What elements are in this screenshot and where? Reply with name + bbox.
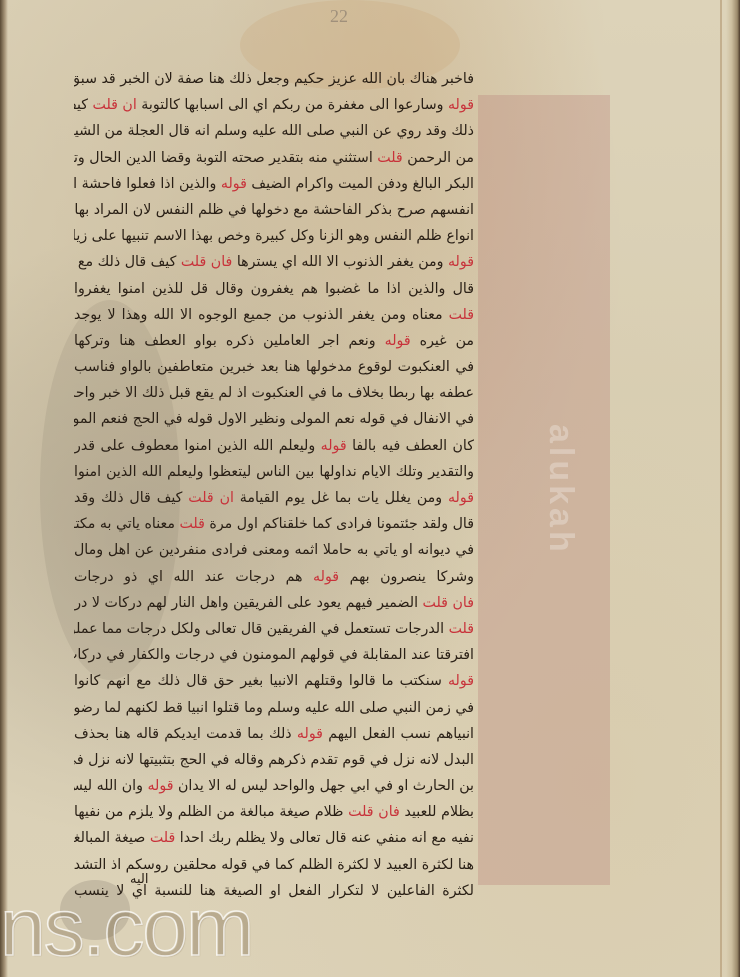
rubric-word: قوله	[297, 726, 323, 742]
text-line: قلت معناه ومن يغفر الذنوب من جميع الوجوه…	[74, 302, 474, 328]
rubric-word: قوله	[321, 438, 347, 454]
text-line: بظلام للعبيد فان قلت ظلام صيغة مبالغة من…	[74, 799, 474, 825]
rubric-word: قلت	[377, 150, 402, 166]
text-line: في زمن النبي صلى الله عليه وسلم وما قتلو…	[74, 695, 474, 721]
text-segment: كيف قال ذلك وقد	[74, 490, 188, 506]
text-segment: قال والذين اذا ما غضبوا هم يغفرون وقال ق…	[74, 281, 474, 297]
page-fold-line	[720, 0, 722, 977]
text-segment: من غيره	[411, 333, 474, 349]
text-line: قوله وسارعوا الى مغفرة من ربكم اي الى اس…	[74, 92, 474, 118]
rubric-word: قوله	[448, 490, 474, 506]
manuscript-text: فاخبر هناك بان الله عزيز حكيم وجعل ذلك ه…	[74, 66, 474, 904]
text-line: قوله سنكتب ما قالوا وقتلهم الانبيا بغير …	[74, 668, 474, 694]
text-segment: الضمير فيهم يعود على الفريقين واهل النار…	[74, 595, 423, 611]
site-watermark: ns.com	[0, 888, 252, 968]
text-line: من الرحمن قلت استثني منه بتقدير صحته الت…	[74, 145, 474, 171]
folio-number: 22	[330, 6, 348, 27]
text-segment: انواع ظلم النفس وهو الزنا وكل كبيرة وخص …	[74, 228, 474, 244]
text-line: ذلك وقد روي عن النبي صلى الله عليه وسلم …	[74, 118, 474, 144]
page-edge-left	[0, 0, 8, 977]
text-segment: افترقتا عند المقابلة في قولهم المومنون ف…	[74, 647, 474, 663]
text-segment: استثني منه بتقدير صحته التوبة وقضا الدين…	[74, 150, 377, 166]
text-segment: في العنكبوت لوقوع مدخولها هنا بعد خبرين …	[74, 359, 474, 375]
rubric-word: قوله	[147, 778, 173, 794]
text-segment: من الرحمن	[403, 150, 474, 166]
text-line: كان العطف فيه بالفا قوله وليعلم الله الذ…	[74, 433, 474, 459]
text-line: في ديوانه او ياتي به حاملا اثمه ومعنى فر…	[74, 537, 474, 563]
text-line: بن الحارث او في ابي جهل والواحد ليس له ا…	[74, 773, 474, 799]
text-segment: البكر البالغ ودفن الميت واكرام الضيف	[247, 176, 474, 192]
text-segment: انبياهم نسب الفعل اليهم	[323, 726, 474, 742]
text-segment: وليعلم الله الذين امنوا معطوف على قدر	[74, 438, 321, 454]
text-segment: بظلام للعبيد	[400, 804, 474, 820]
page-edge-right	[726, 0, 740, 977]
rubric-word: قوله	[385, 333, 411, 349]
text-line: قال ولقد جئتمونا فرادى كما خلقناكم اول م…	[74, 511, 474, 537]
text-line: قوله ومن يغفر الذنوب الا الله اي يسترها …	[74, 249, 474, 275]
text-line: من غيره قوله ونعم اجر العاملين ذكره بواو…	[74, 328, 474, 354]
rubric-word: فان قلت	[423, 595, 474, 611]
text-segment: البدل لانه نزل في قوم تقدم ذكرهم وقاله ف…	[74, 752, 474, 768]
text-segment: عطفه بها ربطا بخلاف ما في العنكبوت اذ لم…	[74, 385, 474, 401]
rubric-word: قوله	[221, 176, 247, 192]
text-line: انواع ظلم النفس وهو الزنا وكل كبيرة وخص …	[74, 223, 474, 249]
band-watermark-text: alukah	[540, 120, 580, 860]
text-segment: سنكتب ما قالوا وقتلهم الانبيا بغير حق قا…	[74, 673, 448, 689]
text-segment: وشركا ينصرون بهم	[339, 569, 474, 585]
text-segment: ذلك بما قدمت ايديكم قاله هنا بحذف	[74, 726, 297, 742]
text-segment: والتقدير وتلك الايام نداولها بين الناس ل…	[74, 464, 474, 480]
text-segment: صيغة المبالغة	[74, 830, 150, 846]
text-line: قوله ومن يغلل يات بما غل يوم القيامة ان …	[74, 485, 474, 511]
text-line: قال والذين اذا ما غضبوا هم يغفرون وقال ق…	[74, 276, 474, 302]
rubric-word: قلت	[150, 830, 175, 846]
text-line: في العنكبوت لوقوع مدخولها هنا بعد خبرين …	[74, 354, 474, 380]
rubric-word: ان قلت	[188, 490, 234, 506]
rubric-word: قلت	[449, 621, 474, 637]
text-line: البكر البالغ ودفن الميت واكرام الضيف قول…	[74, 171, 474, 197]
text-line: انبياهم نسب الفعل اليهم قوله ذلك بما قدم…	[74, 721, 474, 747]
rubric-word: قلت	[179, 516, 204, 532]
text-segment: هم درجات عند الله اي ذو درجات	[74, 569, 313, 585]
text-segment: وسارعوا الى مغفرة من ربكم اي الى اسبابها…	[137, 97, 448, 113]
text-line: البدل لانه نزل في قوم تقدم ذكرهم وقاله ف…	[74, 747, 474, 773]
rubric-word: قوله	[313, 569, 339, 585]
text-segment: معناه ياتي به مكتوبا	[74, 516, 179, 532]
text-segment: هنا لكثرة العبيد لا لكثرة الظلم كما في ق…	[74, 857, 474, 873]
text-segment: كيف قال ذلك مع انه	[74, 254, 181, 270]
text-segment: ظلام صيغة مبالغة من الظلم ولا يلزم من نف…	[74, 804, 348, 820]
text-line: انفسهم صرح بذكر الفاحشة مع دخولها في ظلم…	[74, 197, 474, 223]
text-segment: ونعم اجر العاملين ذكره بواو العطف هنا وت…	[74, 333, 385, 349]
text-line: قلت الدرجات تستعمل في الفريقين قال تعالى…	[74, 616, 474, 642]
text-segment: والذين اذا فعلوا فاحشة اوظلموا	[74, 176, 221, 192]
text-line: في الانفال في قوله نعم المولى ونظير الاو…	[74, 406, 474, 432]
text-line: فاخبر هناك بان الله عزيز حكيم وجعل ذلك ه…	[74, 66, 474, 92]
rubric-word: قوله	[448, 97, 474, 113]
text-segment: انفسهم صرح بذكر الفاحشة مع دخولها في ظلم…	[74, 202, 474, 218]
text-segment: الدرجات تستعمل في الفريقين قال تعالى ولك…	[74, 621, 449, 637]
text-segment: فاخبر هناك بان الله عزيز حكيم وجعل ذلك ه…	[74, 71, 474, 87]
rubric-word: ان قلت	[93, 97, 137, 113]
manuscript-page: alukah 22 فاخبر هناك بان الله عزيز حكيم …	[0, 0, 740, 977]
text-segment: كيف قال	[74, 97, 93, 113]
text-segment: ومن يغلل يات بما غل يوم القيامة	[234, 490, 448, 506]
text-segment: بن الحارث او في ابي جهل والواحد ليس له ا…	[174, 778, 475, 794]
rubric-word: قوله	[448, 673, 474, 689]
text-segment: معناه ومن يغفر الذنوب من جميع الوجوه الا…	[74, 307, 449, 323]
text-line: افترقتا عند المقابلة في قولهم المومنون ف…	[74, 642, 474, 668]
text-segment: في الانفال في قوله نعم المولى ونظير الاو…	[74, 411, 474, 427]
text-segment: وان الله ليس	[74, 778, 147, 794]
text-segment: ذلك وقد روي عن النبي صلى الله عليه وسلم …	[74, 123, 474, 139]
text-segment: ومن يغفر الذنوب الا الله اي يسترها	[232, 254, 448, 270]
text-line: والتقدير وتلك الايام نداولها بين الناس ل…	[74, 459, 474, 485]
text-segment: في زمن النبي صلى الله عليه وسلم وما قتلو…	[74, 700, 474, 716]
text-line: وشركا ينصرون بهم قوله هم درجات عند الله …	[74, 564, 474, 590]
text-segment: كان العطف فيه بالفا	[347, 438, 474, 454]
text-line: فان قلت الضمير فيهم يعود على الفريقين وا…	[74, 590, 474, 616]
text-segment: قال ولقد جئتمونا فرادى كما خلقناكم اول م…	[205, 516, 474, 532]
text-line: عطفه بها ربطا بخلاف ما في العنكبوت اذ لم…	[74, 380, 474, 406]
text-segment: في ديوانه او ياتي به حاملا اثمه ومعنى فر…	[74, 542, 474, 558]
text-segment: نفيه مع انه منفي عنه قال تعالى ولا يظلم …	[175, 830, 474, 846]
text-line: نفيه مع انه منفي عنه قال تعالى ولا يظلم …	[74, 825, 474, 851]
rubric-word: قلت	[449, 307, 474, 323]
rubric-word: فان قلت	[181, 254, 232, 270]
rubric-word: قوله	[448, 254, 474, 270]
rubric-word: فان قلت	[348, 804, 400, 820]
